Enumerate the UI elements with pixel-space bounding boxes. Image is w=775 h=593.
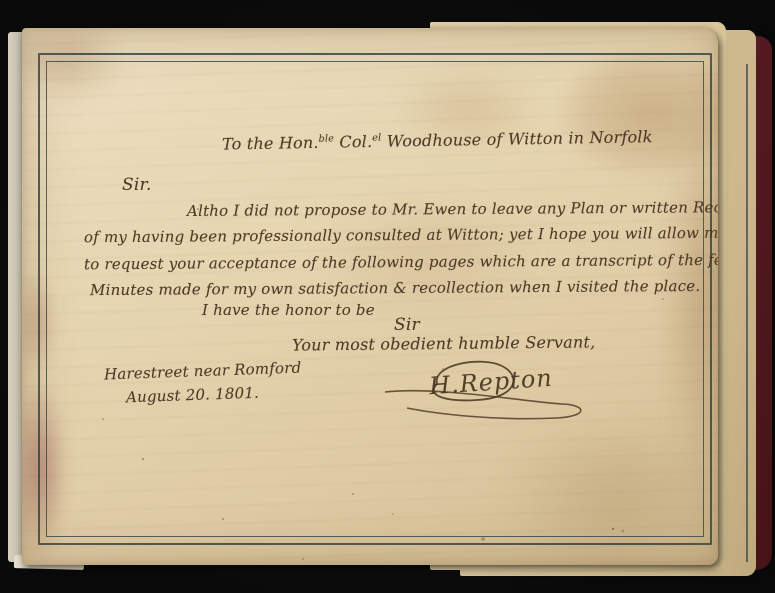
photograph-background: To the Hon.ble Col.el Woodhouse of Witto…: [0, 0, 775, 593]
body-line-1: Altho I did not propose to Mr. Ewen to l…: [187, 198, 718, 220]
heading-text: To the Hon.: [222, 133, 319, 154]
manuscript-page: To the Hon.ble Col.el Woodhouse of Witto…: [22, 28, 718, 565]
salutation: Sir.: [122, 175, 152, 195]
signature-block: H.Repton: [377, 346, 607, 424]
valediction-line-1: I have the honor to be: [202, 301, 375, 319]
valediction-line-2: Sir: [394, 315, 420, 335]
underlying-page-border-line: [746, 64, 748, 562]
heading-text: Col.: [334, 132, 372, 152]
heading-superscript: ble: [318, 133, 334, 144]
